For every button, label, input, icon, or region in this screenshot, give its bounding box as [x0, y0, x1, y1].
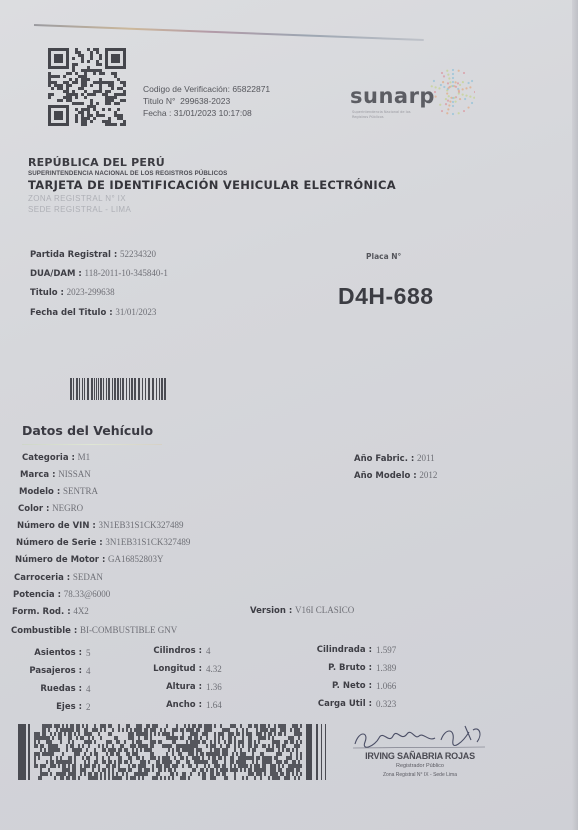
field-label: Longitud : — [153, 664, 202, 674]
logo-wordmark: sunarp — [350, 84, 435, 108]
issue-date: 31/01/2023 10:17:08 — [174, 108, 252, 118]
field-value: V16I CLASICO — [295, 605, 354, 615]
field-value: 1.066 — [376, 681, 396, 691]
registry-field: Titulo : 2023-299638 — [30, 287, 115, 298]
vehicle-field: Form. Rod. : 4X2 — [12, 606, 89, 617]
field-value: 2023-299638 — [67, 287, 115, 297]
vehicle-field: Año Fabric. : 2011 — [354, 453, 435, 464]
field-label: Carroceria : — [14, 573, 70, 583]
field-label: Año Fabric. : — [354, 454, 414, 464]
field-label: Ancho : — [166, 700, 202, 710]
field-value: 1.64 — [206, 700, 222, 710]
field-value: 4X2 — [73, 606, 89, 616]
vehicle-field: Modelo : SENTRA — [19, 486, 98, 497]
field-label: Categoria : — [22, 453, 75, 463]
field-label: Ejes : — [56, 702, 82, 712]
registry-zone: ZONA REGISTRAL N° IX — [28, 194, 396, 203]
field-value: 1.597 — [376, 645, 396, 655]
field-value: 1.36 — [206, 682, 222, 692]
field-value: SEDAN — [73, 572, 103, 582]
registry-field: Fecha del Titulo : 31/01/2023 — [30, 307, 156, 318]
field-value: 2 — [86, 702, 91, 712]
field-value: 3N1EB31S1CK327489 — [105, 537, 190, 547]
field-value: 118-2011-10-345840-1 — [85, 268, 168, 278]
field-value: 31/01/2023 — [115, 307, 156, 317]
field-value: 52234320 — [120, 249, 156, 259]
field-label: Cilindrada : — [317, 645, 372, 655]
vehicle-id-card-document: Codigo de Verificación: 65822871 Titulo … — [0, 0, 578, 830]
agency-name: SUPERINTENDENCIA NACIONAL DE LOS REGISTR… — [28, 170, 396, 177]
country-title: REPÚBLICA DEL PERÚ — [28, 156, 396, 169]
title-number: 299638-2023 — [180, 96, 230, 106]
field-label: Altura : — [166, 682, 202, 692]
field-value: NISSAN — [58, 469, 91, 479]
field-label: Ruedas : — [40, 684, 82, 694]
section-underline — [22, 444, 162, 445]
vehicle-field: Carroceria : SEDAN — [14, 572, 103, 583]
vehicle-field: Categoria : M1 — [22, 452, 90, 463]
signer-role: Registrador Público — [345, 763, 495, 769]
signer-zone: Zona Registral N° IX - Sede Lima — [345, 772, 495, 778]
vehicle-section-title: Datos del Vehículo — [22, 423, 153, 438]
qr-code-icon — [48, 48, 126, 126]
field-label: Número de VIN : — [17, 521, 96, 531]
field-label: Version : — [250, 606, 292, 616]
signature-block: IRVING SAÑABRIA ROJAS Registrador Públic… — [345, 720, 495, 790]
verification-code-line: Codigo de Verificación: 65822871 — [143, 83, 270, 95]
field-label: Fecha del Titulo : — [30, 308, 113, 318]
plate-number: D4H-688 — [338, 283, 434, 310]
field-label: Cilindros : — [153, 646, 202, 656]
field-label: Partida Registral : — [30, 250, 117, 260]
field-label: Carga Util : — [318, 699, 372, 709]
registry-field: DUA/DAM : 118-2011-10-345840-1 — [30, 268, 168, 279]
signer-name: IRVING SAÑABRIA ROJAS — [345, 751, 495, 761]
field-label: Form. Rod. : — [12, 607, 71, 617]
paper-edge — [572, 0, 578, 830]
field-label: Pasajeros : — [29, 666, 82, 676]
field-label: Marca : — [20, 470, 56, 480]
card-title: TARJETA DE IDENTIFICACIÓN VEHICULAR ELEC… — [28, 178, 396, 192]
sunarp-logo: sunarp Superintendencia Nacional de los … — [350, 62, 480, 132]
vehicle-field: Número de Serie : 3N1EB31S1CK327489 — [16, 537, 190, 548]
field-label: DUA/DAM : — [30, 269, 82, 279]
field-value: M1 — [78, 452, 91, 462]
barcode-icon — [70, 378, 166, 400]
vehicle-field: Color : NEGRO — [18, 503, 83, 514]
field-label: Combustible : — [11, 626, 77, 636]
registry-field: Partida Registral : 52234320 — [30, 249, 156, 260]
field-value: 4.32 — [206, 664, 222, 674]
field-value: 5 — [86, 648, 91, 658]
registry-office: SEDE REGISTRAL - LIMA — [28, 205, 396, 214]
field-label: P. Neto : — [332, 681, 372, 691]
field-value: 0.323 — [376, 699, 396, 709]
plate-label: Placa N° — [366, 252, 401, 261]
verification-code: 65822871 — [232, 84, 270, 94]
field-value: 2011 — [417, 453, 435, 463]
field-label: Número de Serie : — [16, 538, 103, 548]
field-label: Asientos : — [34, 648, 82, 658]
pdf417-barcode-icon — [18, 724, 328, 780]
field-value: BI-COMBUSTIBLE GNV — [80, 625, 177, 635]
verification-block: Codigo de Verificación: 65822871 Titulo … — [143, 83, 270, 119]
field-value: 4 — [86, 684, 91, 694]
vehicle-field: Potencia : 78.33@6000 — [13, 589, 110, 600]
field-value: 4 — [206, 646, 211, 656]
vehicle-field: Marca : NISSAN — [20, 469, 91, 480]
field-value: GA16852803Y — [108, 554, 164, 564]
logo-subtitle: Superintendencia Nacional de los Registr… — [352, 110, 422, 120]
vehicle-field: Año Modelo : 2012 — [354, 470, 437, 481]
field-label: Color : — [18, 504, 49, 514]
field-label: Modelo : — [19, 487, 60, 497]
field-label: P. Bruto : — [328, 663, 372, 673]
field-value: SENTRA — [63, 486, 98, 496]
document-header: REPÚBLICA DEL PERÚ SUPERINTENDENCIA NACI… — [28, 156, 396, 214]
top-divider — [34, 24, 424, 41]
field-value: 2012 — [419, 470, 437, 480]
field-value: 78.33@6000 — [64, 589, 111, 599]
field-label: Potencia : — [13, 590, 61, 600]
vehicle-field: Combustible : BI-COMBUSTIBLE GNV — [11, 625, 177, 636]
field-label: Número de Motor : — [15, 555, 105, 565]
field-label: Año Modelo : — [354, 471, 417, 481]
field-value: 4 — [86, 666, 91, 676]
version-field: Version : V16I CLASICO — [250, 605, 354, 616]
vehicle-field: Número de VIN : 3N1EB31S1CK327489 — [17, 520, 184, 531]
field-label: Titulo : — [30, 288, 64, 298]
field-value: 1.389 — [376, 663, 396, 673]
title-number-line: Titulo N° 299638-2023 — [143, 95, 270, 107]
field-value: 3N1EB31S1CK327489 — [99, 520, 184, 530]
vehicle-field: Número de Motor : GA16852803Y — [15, 554, 164, 565]
handwritten-signature-icon — [345, 720, 495, 752]
issue-date-line: Fecha : 31/01/2023 10:17:08 — [143, 107, 270, 119]
field-value: NEGRO — [52, 503, 83, 513]
